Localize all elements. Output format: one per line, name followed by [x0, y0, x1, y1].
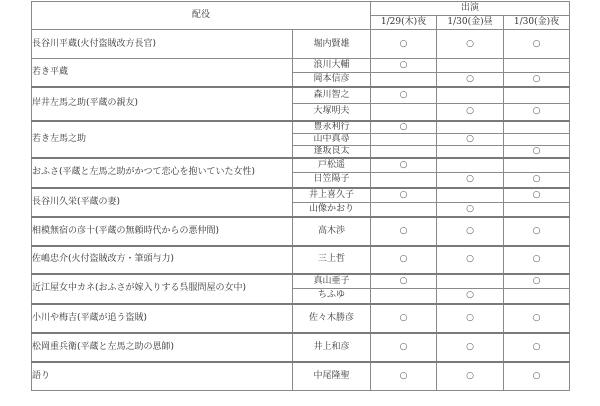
appearance-cell	[437, 87, 504, 104]
appearance-cell	[437, 121, 504, 134]
appearance-cell: ○	[371, 217, 437, 246]
circle-mark-icon: ○	[466, 204, 474, 214]
circle-mark-icon: ○	[466, 290, 474, 300]
actor-name-cell: 堀内賢雄	[293, 30, 371, 59]
appearance-cell: ○	[437, 304, 504, 333]
circle-mark-icon: ○	[400, 254, 408, 264]
role-name-cell: 岸井左馬之助(平蔵の親友)	[32, 87, 293, 121]
appearance-cell: ○	[371, 188, 437, 203]
appearance-cell	[504, 203, 570, 217]
table-row: おふさ(平蔵と左馬之助がかつて恋心を抱いていた女性)戸松遥○	[32, 158, 570, 173]
appearance-cell: ○	[504, 362, 570, 391]
appearance-cell: ○	[504, 246, 570, 274]
actor-name-cell: 日笠陽子	[293, 173, 371, 188]
actor-name-cell: 三上哲	[293, 246, 371, 274]
circle-mark-icon: ○	[400, 313, 408, 323]
circle-mark-icon: ○	[533, 146, 541, 156]
circle-mark-icon: ○	[533, 313, 541, 323]
appearance-cell	[504, 158, 570, 173]
table-row: 近江屋女中カネ(おふさが嫁入りする呉服問屋の女中)真山亜子○○	[32, 274, 570, 289]
role-name-cell: 佐嶋忠介(火付盗賊改方・筆頭与力)	[32, 246, 293, 274]
appearance-cell: ○	[437, 30, 504, 59]
appearance-cell: ○	[437, 104, 504, 121]
appearance-cell	[437, 59, 504, 73]
appearance-cell: ○	[504, 30, 570, 59]
circle-mark-icon: ○	[466, 313, 474, 323]
actor-name-cell: 真山亜子	[293, 274, 371, 289]
role-name-cell: 近江屋女中カネ(おふさが嫁入りする呉服問屋の女中)	[32, 274, 293, 304]
appearance-cell: ○	[437, 246, 504, 274]
table-row: 松岡重兵衛(平蔵と左馬之助の恩師)井上和彦○○○	[32, 333, 570, 362]
appearance-column-header: 出演	[371, 2, 570, 16]
actor-name-cell: 井上和彦	[293, 333, 371, 362]
circle-mark-icon: ○	[466, 226, 474, 236]
appearance-cell: ○	[371, 87, 437, 104]
actor-name-cell: 浪川大輔	[293, 59, 371, 73]
circle-mark-icon: ○	[400, 39, 408, 49]
appearance-cell: ○	[504, 104, 570, 121]
actor-name-cell: 山像かおり	[293, 203, 371, 217]
appearance-cell	[504, 121, 570, 134]
circle-mark-icon: ○	[400, 90, 408, 100]
actor-name-cell: 中尾隆聖	[293, 362, 371, 391]
appearance-cell	[437, 274, 504, 289]
appearance-cell: ○	[371, 59, 437, 73]
actor-name-cell: 豊永利行	[293, 121, 371, 134]
circle-mark-icon: ○	[533, 276, 541, 286]
actor-name-cell: 高木渉	[293, 217, 371, 246]
role-name-cell: 若き平蔵	[32, 59, 293, 87]
circle-mark-icon: ○	[533, 39, 541, 49]
circle-mark-icon: ○	[466, 74, 474, 84]
table-row: 佐嶋忠介(火付盗賊改方・筆頭与力)三上哲○○○	[32, 246, 570, 274]
appearance-cell	[437, 158, 504, 173]
appearance-cell	[504, 59, 570, 73]
actor-name-cell: 山中真尋	[293, 134, 371, 146]
table-row: 長谷川久栄(平蔵の妻)井上喜久子○○	[32, 188, 570, 203]
table-row: 若き平蔵浪川大輔○	[32, 59, 570, 73]
appearance-cell: ○	[371, 30, 437, 59]
appearance-cell	[504, 134, 570, 146]
role-name-cell: 松岡重兵衛(平蔵と左馬之助の恩師)	[32, 333, 293, 362]
circle-mark-icon: ○	[466, 134, 474, 144]
appearance-cell: ○	[504, 217, 570, 246]
circle-mark-icon: ○	[400, 122, 408, 132]
table-row: 岸井左馬之助(平蔵の親友)森川智之○	[32, 87, 570, 104]
cast-table-body: 長谷川平蔵(火付盗賊改方長官)堀内賢雄○○○若き平蔵浪川大輔○岡本信彦○○岸井左…	[32, 30, 570, 391]
appearance-cell: ○	[504, 333, 570, 362]
table-row: 語り中尾隆聖○○○	[32, 362, 570, 391]
appearance-cell: ○	[504, 274, 570, 289]
actor-name-cell: 佐々木勝彦	[293, 304, 371, 333]
table-row: 若き左馬之助豊永利行○	[32, 121, 570, 134]
appearance-cell: ○	[504, 188, 570, 203]
appearance-cell: ○	[371, 158, 437, 173]
actor-name-cell: 森川智之	[293, 87, 371, 104]
appearance-cell	[371, 289, 437, 304]
circle-mark-icon: ○	[400, 226, 408, 236]
appearance-cell: ○	[371, 362, 437, 391]
circle-mark-icon: ○	[400, 60, 408, 70]
appearance-cell	[437, 188, 504, 203]
role-name-cell: 長谷川平蔵(火付盗賊改方長官)	[32, 30, 293, 59]
table-row: 小川や梅吉(平蔵が追う盗賊)佐々木勝彦○○○	[32, 304, 570, 333]
appearance-cell: ○	[437, 333, 504, 362]
appearance-cell: ○	[437, 289, 504, 304]
appearance-cell	[371, 173, 437, 188]
circle-mark-icon: ○	[466, 106, 474, 116]
role-name-cell: おふさ(平蔵と左馬之助がかつて恋心を抱いていた女性)	[32, 158, 293, 188]
actor-name-cell: 岡本信彦	[293, 73, 371, 87]
date-header-2: 1/30(金)昼	[437, 16, 504, 30]
appearance-cell	[371, 73, 437, 87]
appearance-cell	[371, 146, 437, 158]
appearance-cell: ○	[437, 173, 504, 188]
actor-name-cell: 戸松遥	[293, 158, 371, 173]
circle-mark-icon: ○	[466, 254, 474, 264]
appearance-cell: ○	[437, 134, 504, 146]
table-row: 長谷川平蔵(火付盗賊改方長官)堀内賢雄○○○	[32, 30, 570, 59]
appearance-cell: ○	[504, 73, 570, 87]
circle-mark-icon: ○	[400, 160, 408, 170]
actor-name-cell: 大塚明夫	[293, 104, 371, 121]
circle-mark-icon: ○	[400, 371, 408, 381]
circle-mark-icon: ○	[533, 371, 541, 381]
circle-mark-icon: ○	[533, 74, 541, 84]
appearance-cell	[371, 203, 437, 217]
appearance-cell	[504, 289, 570, 304]
role-name-cell: 相模無宿の彦十(平蔵の無頼時代からの悪仲間)	[32, 217, 293, 246]
circle-mark-icon: ○	[400, 276, 408, 286]
actor-name-cell: 逢坂良太	[293, 146, 371, 158]
appearance-cell	[504, 87, 570, 104]
appearance-cell: ○	[371, 121, 437, 134]
table-row: 相模無宿の彦十(平蔵の無頼時代からの悪仲間)高木渉○○○	[32, 217, 570, 246]
circle-mark-icon: ○	[400, 342, 408, 352]
circle-mark-icon: ○	[533, 106, 541, 116]
appearance-cell: ○	[371, 246, 437, 274]
appearance-cell: ○	[437, 217, 504, 246]
appearance-cell: ○	[371, 274, 437, 289]
circle-mark-icon: ○	[400, 190, 408, 200]
appearance-cell	[371, 134, 437, 146]
circle-mark-icon: ○	[533, 254, 541, 264]
role-column-header: 配役	[32, 2, 371, 30]
appearance-cell	[437, 146, 504, 158]
cast-schedule-table: 配役 出演 1/29(木)夜 1/30(金)昼 1/30(金)夜 長谷川平蔵(火…	[31, 1, 570, 391]
role-name-cell: 若き左馬之助	[32, 121, 293, 158]
date-header-3: 1/30(金)夜	[504, 16, 570, 30]
appearance-cell: ○	[504, 304, 570, 333]
circle-mark-icon: ○	[533, 226, 541, 236]
actor-name-cell: 井上喜久子	[293, 188, 371, 203]
appearance-cell: ○	[504, 146, 570, 158]
appearance-cell	[371, 104, 437, 121]
role-name-cell: 語り	[32, 362, 293, 391]
circle-mark-icon: ○	[466, 342, 474, 352]
appearance-cell: ○	[504, 173, 570, 188]
circle-mark-icon: ○	[533, 190, 541, 200]
circle-mark-icon: ○	[466, 174, 474, 184]
role-name-cell: 小川や梅吉(平蔵が追う盗賊)	[32, 304, 293, 333]
circle-mark-icon: ○	[533, 342, 541, 352]
circle-mark-icon: ○	[466, 39, 474, 49]
actor-name-cell: ちふゆ	[293, 289, 371, 304]
appearance-cell: ○	[371, 333, 437, 362]
role-name-cell: 長谷川久栄(平蔵の妻)	[32, 188, 293, 217]
appearance-cell: ○	[437, 73, 504, 87]
circle-mark-icon: ○	[533, 174, 541, 184]
appearance-cell: ○	[371, 304, 437, 333]
appearance-cell: ○	[437, 362, 504, 391]
appearance-cell: ○	[437, 203, 504, 217]
circle-mark-icon: ○	[466, 371, 474, 381]
date-header-1: 1/29(木)夜	[371, 16, 437, 30]
